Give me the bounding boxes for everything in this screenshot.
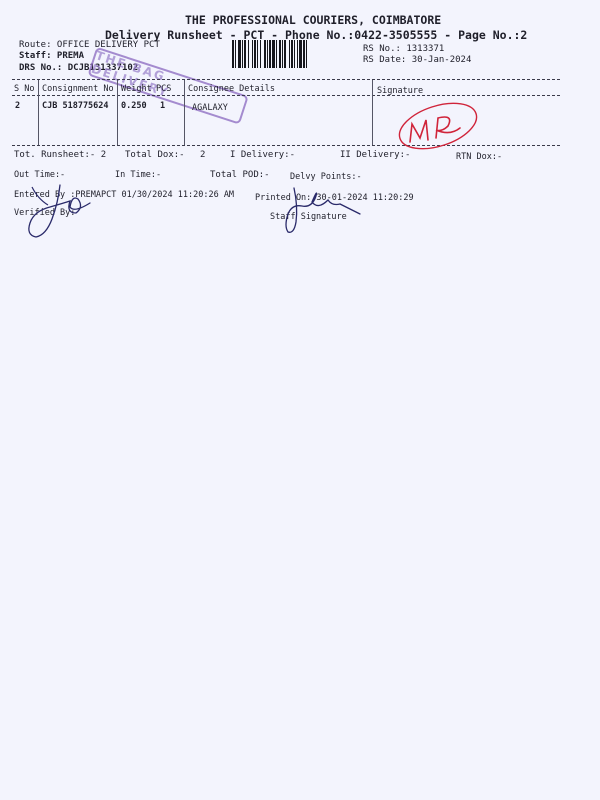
- table-top-rule: [12, 79, 560, 80]
- col-divider: [184, 80, 185, 145]
- col-header-consignee: Consignee Details: [188, 84, 275, 94]
- in-time: In Time:-: [115, 170, 161, 180]
- total-dox-value: 2: [200, 150, 205, 160]
- cell-sno: 2: [15, 101, 20, 111]
- staff-signature: [282, 186, 362, 238]
- col-header-consignment: Consignment No: [42, 84, 114, 94]
- col-header-sno: S No: [14, 84, 34, 94]
- barcode: [232, 40, 354, 68]
- rs-date: RS Date: 30-Jan-2024: [363, 55, 471, 65]
- col-divider: [372, 80, 373, 145]
- receiver-signature-mp: [398, 96, 482, 160]
- col-header-weight: Weight: [121, 84, 152, 94]
- col-header-signature: Signature: [377, 86, 423, 96]
- route-label: Route: OFFICE DELIVERY PCT: [19, 40, 160, 50]
- ii-delivery: II Delivery:-: [340, 150, 410, 160]
- out-time: Out Time:-: [14, 170, 65, 180]
- cell-consignment-no: CJB 518775624: [42, 101, 109, 111]
- cell-weight: 0.250: [121, 101, 147, 111]
- col-divider: [117, 80, 118, 145]
- cell-consignee: AGALAXY: [192, 103, 228, 113]
- total-dox-label: Total Dox:-: [125, 150, 185, 160]
- cell-pcs: 1: [160, 101, 165, 111]
- verifier-signature: [20, 183, 90, 243]
- tot-runsheet: Tot. Runsheet:- 2: [14, 150, 106, 160]
- delvy-points: Delvy Points:-: [290, 172, 362, 182]
- i-delivery: I Delivery:-: [230, 150, 295, 160]
- company-title: THE PROFESSIONAL COURIERS, COIMBATORE: [185, 13, 441, 27]
- total-pod: Total POD:-: [210, 170, 270, 180]
- rs-number: RS No.: 1313371: [363, 44, 444, 54]
- staff-label: Staff: PREMA: [19, 51, 84, 61]
- col-header-pcs: PCS: [156, 84, 171, 94]
- rtn-dox: RTN Dox:-: [456, 152, 502, 162]
- col-divider: [38, 80, 39, 145]
